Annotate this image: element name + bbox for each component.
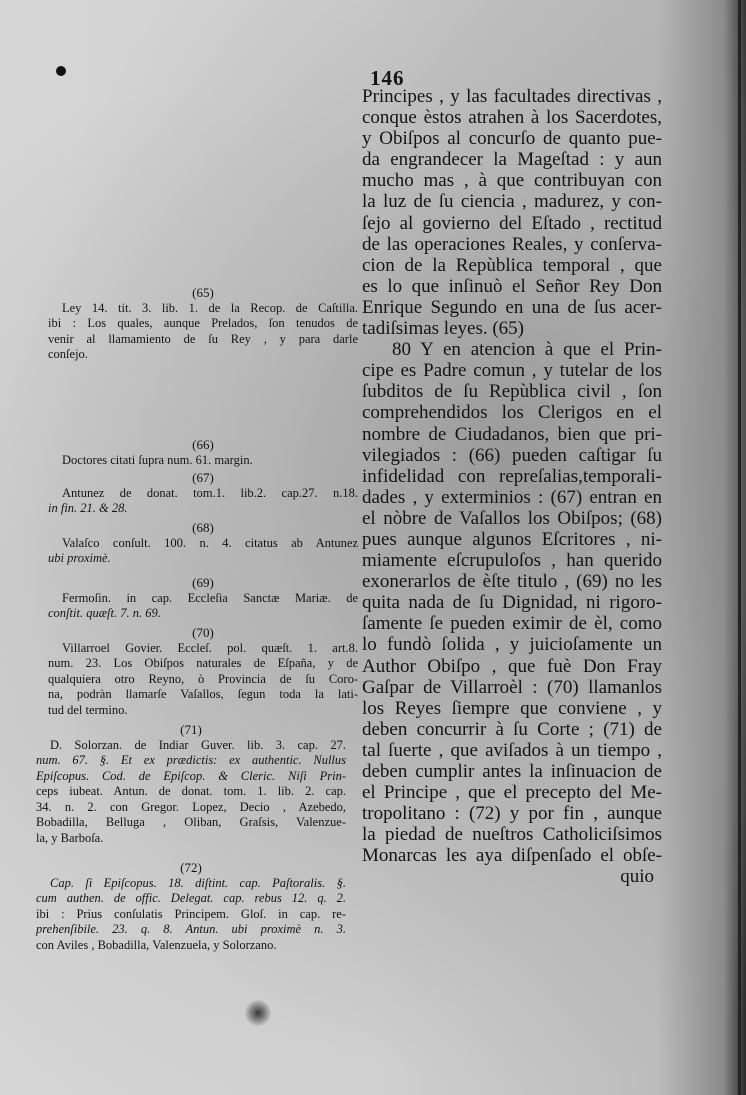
main-text-line: la luz de ſu ciencia , madurez, y con- xyxy=(362,191,662,212)
main-text-line: deben cumplir antes la inſinuacion de xyxy=(362,761,662,782)
footnote-71: (71) D. Solorzan. de Indiar Guver. lib. … xyxy=(36,722,346,846)
footnote-72: (72) Cap. ſi Epiſcopus. 18. diſtint. cap… xyxy=(36,860,346,953)
main-text-line: deben concurrir à ſu Corte ; (71) de xyxy=(362,719,662,740)
footnote-line: ubi proximè. xyxy=(48,551,358,567)
main-text-line: tal ſuerte , que aviſados à un tiempo , xyxy=(362,740,662,761)
main-text-line: conque èstos atrahen à los Sacerdotes, xyxy=(362,107,662,128)
footnote-line: Bobadilla, Belluga , Oliban, Graſsis, Va… xyxy=(36,815,346,831)
main-text-line: da engrandecer la Mageſtad : y aun xyxy=(362,149,662,170)
main-text-line: comprehendidos los Clerigos en el xyxy=(362,402,662,423)
main-text-column: Principes , y las facultades directivas … xyxy=(362,86,662,888)
footnote-number: (72) xyxy=(36,860,346,876)
footnote-number: (68) xyxy=(48,520,358,536)
stain-mark xyxy=(245,1000,271,1026)
main-text-line: tropolitano : (72) y por fin , aunque xyxy=(362,803,662,824)
footnote-line: qualquiera otro Reyno, ò Provincia de ſu… xyxy=(48,672,358,688)
footnote-line: Doctores citati ſupra num. 61. margin. xyxy=(48,453,358,469)
footnote-line: Ley 14. tit. 3. lib. 1. de la Recop. de … xyxy=(48,301,358,317)
main-text-line: vilegiados : (66) pueden caſtigar ſu xyxy=(362,445,662,466)
footnote-line: Fermoſin. in cap. Eccleſia Sanctæ Mariæ.… xyxy=(48,591,358,607)
footnote-line: ibi : Los quales, aunque Prelados, ſon t… xyxy=(48,316,358,332)
footnote-number: (66) xyxy=(48,437,358,453)
main-text-line: pues aunque algunos Eſcritores , ni- xyxy=(362,529,662,550)
main-text-line: exonerarlos de èſte titulo , (69) no les xyxy=(362,571,662,592)
footnote-68: (68) Valaſco conſult. 100. n. 4. citatus… xyxy=(48,520,358,567)
page-edge-shadow xyxy=(738,0,741,1095)
catchword: quio xyxy=(362,866,662,887)
main-text-line: ſamente ſe pueden eximir de èl, como xyxy=(362,613,662,634)
main-text-line: miamente eſcrupuloſos , han querido xyxy=(362,550,662,571)
main-text-line: Gaſpar de Villarroèl : (70) llamanlos xyxy=(362,677,662,698)
main-text-line: nombre de Ciudadanos, bien que pri- xyxy=(362,424,662,445)
main-text-line: la piedad de nueſtros Catholiciſsimos xyxy=(362,824,662,845)
main-text-line: Monarcas les aya diſpenſado el obſe- xyxy=(362,845,662,866)
main-text-line: y Obiſpos al concurſo de quanto pue- xyxy=(362,128,662,149)
main-text-line: quita nada de ſu Dignidad, ni rigoro- xyxy=(362,592,662,613)
footnote-line: Antunez de donat. tom.1. lib.2. cap.27. … xyxy=(48,486,358,502)
main-text-line: el nòbre de Vaſallos los Obiſpos; (68) xyxy=(362,508,662,529)
main-text-line: infidelidad con repreſalias,temporali- xyxy=(362,466,662,487)
footnote-line: Villarroel Govier. Eccleſ. pol. quæſt. 1… xyxy=(48,641,358,657)
footnote-line: tud del termino. xyxy=(48,703,358,719)
footnote-line: na, podràn llamarſe Vaſallos, ſegun toda… xyxy=(48,687,358,703)
footnote-number: (70) xyxy=(48,625,358,641)
footnote-line: venir al llamamiento de ſu Rey , y para … xyxy=(48,332,358,348)
main-text-line: ſubditos de ſu Repùblica civil , ſon xyxy=(362,381,662,402)
footnote-line: Epiſcopus. Cod. de Epiſcop. & Cleric. Ni… xyxy=(36,769,346,785)
footnote-line: num. 23. Los Obiſpos naturales de Eſpaña… xyxy=(48,656,358,672)
main-text-line: Principes , y las facultades directivas … xyxy=(362,86,662,107)
main-text-line: cipe es Padre comun , y tutelar de los xyxy=(362,360,662,381)
footnote-67: (67) Antunez de donat. tom.1. lib.2. cap… xyxy=(48,470,358,517)
footnote-line: num. 67. §. Et ex prædictis: ex authenti… xyxy=(36,753,346,769)
footnote-number: (71) xyxy=(36,722,346,738)
main-text-line: el Principe , que el precepto del Me- xyxy=(362,782,662,803)
paragraph-80-start: 80 Y en atencion à que el Prin- xyxy=(362,339,662,360)
footnote-line: Cap. ſi Epiſcopus. 18. diſtint. cap. Paſ… xyxy=(36,876,346,892)
footnote-66: (66) Doctores citati ſupra num. 61. marg… xyxy=(48,437,358,468)
footnote-line: ceps iubeat. Antun. de donat. tom. 1. li… xyxy=(36,784,346,800)
footnote-line: D. Solorzan. de Indiar Guver. lib. 3. ca… xyxy=(36,738,346,754)
main-text-line: Enrique Segundo en una de ſus acer- xyxy=(362,297,662,318)
footnote-line: in fin. 21. & 28. xyxy=(48,501,358,517)
footnote-line: cum authen. de offic. Delegat. cap. rebu… xyxy=(36,891,346,907)
footnote-number: (69) xyxy=(48,575,358,591)
main-text-line: ſejo al govierno del Eſtado , rectitud xyxy=(362,213,662,234)
main-text-line: cion de la Repùblica temporal , que xyxy=(362,255,662,276)
footnote-65: (65) Ley 14. tit. 3. lib. 1. de la Recop… xyxy=(48,285,358,363)
scanned-book-page: 146 Principes , y las facultades directi… xyxy=(0,0,746,1095)
footnote-line: con Aviles , Bobadilla, Valenzuela, y So… xyxy=(36,938,346,954)
main-text-line: es lo que inſinuò el Señor Rey Don xyxy=(362,276,662,297)
main-text-line: lo fundò ſolida , y juicioſamente un xyxy=(362,634,662,655)
main-text-line: mucho mas , à que contribuyan con xyxy=(362,170,662,191)
main-text-line: de las operaciones Reales, y conſerva- xyxy=(362,234,662,255)
footnote-70: (70) Villarroel Govier. Eccleſ. pol. quæ… xyxy=(48,625,358,718)
footnote-line: conſejo. xyxy=(48,347,358,363)
footnote-line: prehenſibile. 23. q. 8. Antun. ubi proxi… xyxy=(36,922,346,938)
footnote-69: (69) Fermoſin. in cap. Eccleſia Sanctæ M… xyxy=(48,575,358,622)
footnote-line: conſtit. quæſt. 7. n. 69. xyxy=(48,606,358,622)
footnote-line: la, y Barboſa. xyxy=(36,831,346,847)
ink-blot xyxy=(56,66,66,76)
main-text-line: Author Obiſpo , que fuè Don Fray xyxy=(362,656,662,677)
footnote-line: Valaſco conſult. 100. n. 4. citatus ab A… xyxy=(48,536,358,552)
footnote-number: (65) xyxy=(48,285,358,301)
main-text-line: dades , y exterminios : (67) entran en xyxy=(362,487,662,508)
footnote-number: (67) xyxy=(48,470,358,486)
main-text-line: los Reyes ſiempre que conviene , y xyxy=(362,698,662,719)
footnote-line: ibi : Prius conſulatis Principem. Gloſ. … xyxy=(36,907,346,923)
main-text-line: tadiſsimas leyes. (65) xyxy=(362,318,662,339)
footnote-line: 34. n. 2. con Gregor. Lopez, Decio , Aze… xyxy=(36,800,346,816)
